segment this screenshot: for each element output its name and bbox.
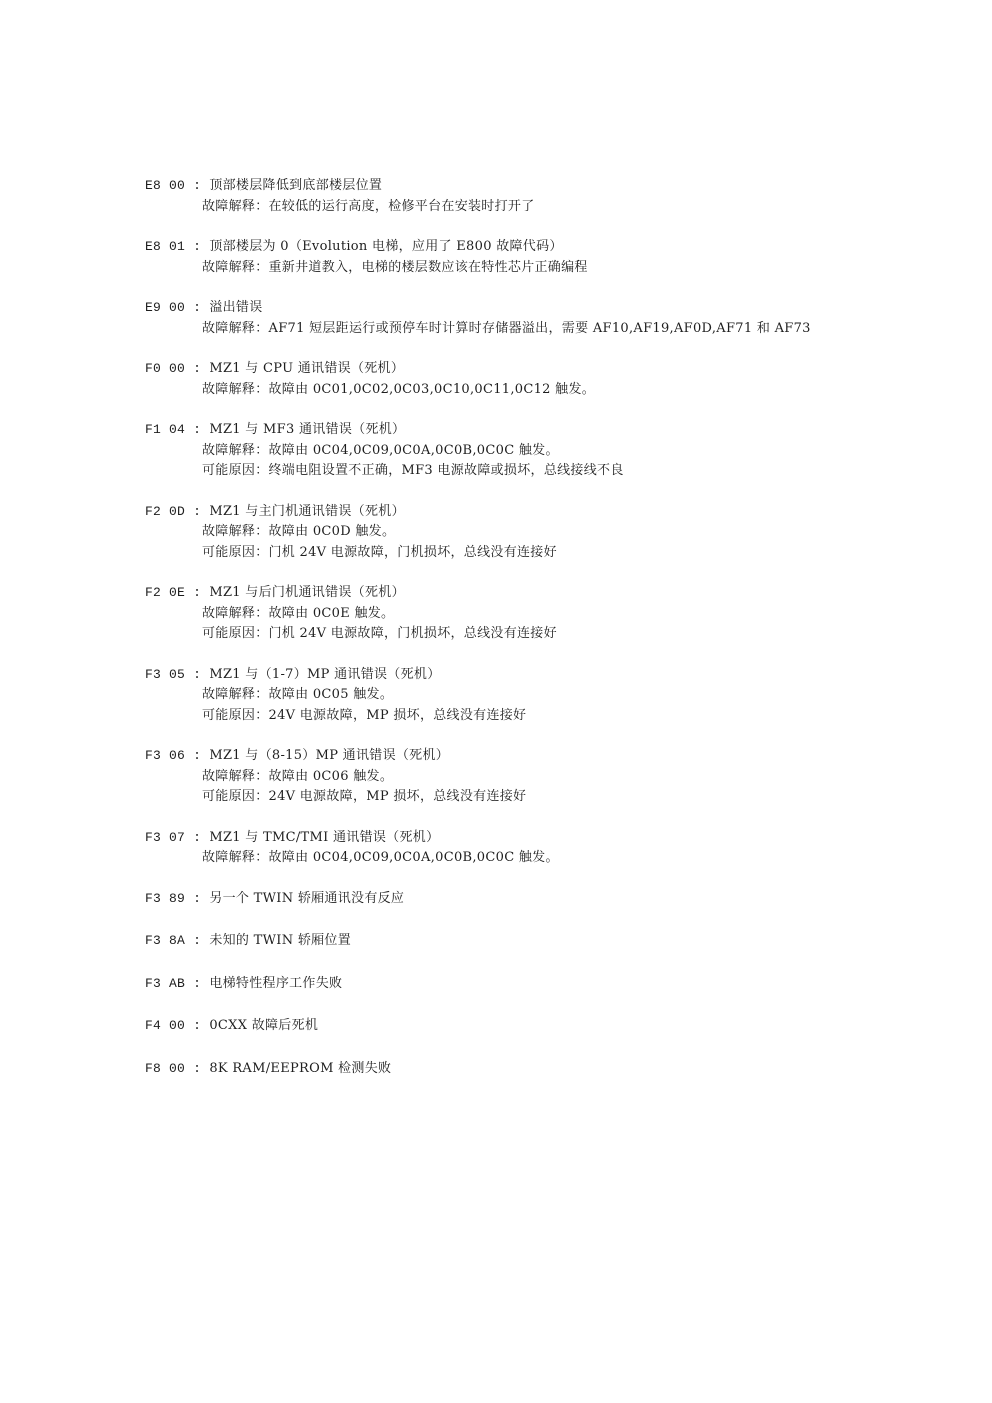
fault-code: F3 89	[145, 891, 185, 906]
fault-explanation: 故障解释：故障由 0C0D 触发。	[145, 522, 905, 543]
separator: :	[185, 976, 209, 991]
separator: :	[185, 504, 209, 519]
possible-cause: 可能原因：门机 24V 电源故障，门机损坏，总线没有连接好	[145, 624, 905, 645]
separator: :	[185, 239, 209, 254]
separator: :	[185, 667, 209, 682]
fault-code: F3 AB	[145, 976, 185, 991]
fault-explanation: 故障解释：AF71 短层距运行或预停车时计算时存储器溢出，需要 AF10,AF1…	[145, 319, 905, 340]
entry-heading: E8 00 : 顶部楼层降低到底部楼层位置	[145, 176, 905, 197]
fault-entry-f20e: F2 0E : MZ1 与后门机通讯错误（死机） 故障解释：故障由 0C0E 触…	[145, 583, 905, 645]
fault-entry-f104: F1 04 : MZ1 与 MF3 通讯错误（死机） 故障解释：故障由 0C04…	[145, 420, 905, 482]
fault-title: 顶部楼层为 0（Evolution 电梯，应用了 E800 故障代码）	[209, 239, 562, 254]
fault-title: 顶部楼层降低到底部楼层位置	[209, 178, 382, 193]
fault-code: E9 00	[145, 300, 185, 315]
fault-entry-f800: F8 00 : 8K RAM/EEPROM 检测失败	[145, 1059, 905, 1080]
fault-entry-f306: F3 06 : MZ1 与（8-15）MP 通讯错误（死机） 故障解释：故障由 …	[145, 746, 905, 808]
separator: :	[185, 361, 209, 376]
fault-explanation: 故障解释：故障由 0C04,0C09,0C0A,0C0B,0C0C 触发。	[145, 441, 905, 462]
fault-explanation: 故障解释：在较低的运行高度，检修平台在安装时打开了	[145, 197, 905, 218]
separator: :	[185, 933, 209, 948]
entry-heading: F3 06 : MZ1 与（8-15）MP 通讯错误（死机）	[145, 746, 905, 767]
fault-code: F3 07	[145, 830, 185, 845]
fault-entry-f38a: F3 8A : 未知的 TWIN 轿厢位置	[145, 931, 905, 952]
fault-entry-f389: F3 89 : 另一个 TWIN 轿厢通讯没有反应	[145, 889, 905, 910]
entry-heading: F0 00 : MZ1 与 CPU 通讯错误（死机）	[145, 359, 905, 380]
fault-entry-f400: F4 00 : 0CXX 故障后死机	[145, 1016, 905, 1037]
entry-heading: F4 00 : 0CXX 故障后死机	[145, 1016, 905, 1037]
fault-entry-e900: E9 00 : 溢出错误 故障解释：AF71 短层距运行或预停车时计算时存储器溢…	[145, 298, 905, 339]
fault-entry-e800: E8 00 : 顶部楼层降低到底部楼层位置 故障解释：在较低的运行高度，检修平台…	[145, 176, 905, 217]
fault-title: MZ1 与后门机通讯错误（死机）	[209, 585, 405, 600]
entry-heading: F8 00 : 8K RAM/EEPROM 检测失败	[145, 1059, 905, 1080]
fault-explanation: 故障解释：重新井道教入，电梯的楼层数应该在特性芯片正确编程	[145, 258, 905, 279]
entry-heading: F1 04 : MZ1 与 MF3 通讯错误（死机）	[145, 420, 905, 441]
entry-heading: F3 07 : MZ1 与 TMC/TMI 通讯错误（死机）	[145, 828, 905, 849]
fault-code: F1 04	[145, 422, 185, 437]
entry-heading: E9 00 : 溢出错误	[145, 298, 905, 319]
fault-code: F0 00	[145, 361, 185, 376]
fault-title: MZ1 与 TMC/TMI 通讯错误（死机）	[209, 830, 439, 845]
entry-heading: F3 8A : 未知的 TWIN 轿厢位置	[145, 931, 905, 952]
separator: :	[185, 830, 209, 845]
fault-code: E8 01	[145, 239, 185, 254]
fault-code: F2 0E	[145, 585, 185, 600]
entry-heading: F3 AB : 电梯特性程序工作失败	[145, 974, 905, 995]
possible-cause: 可能原因：24V 电源故障，MP 损坏，总线没有连接好	[145, 787, 905, 808]
fault-entry-f3ab: F3 AB : 电梯特性程序工作失败	[145, 974, 905, 995]
fault-title: MZ1 与 CPU 通讯错误（死机）	[209, 361, 404, 376]
entry-heading: F3 05 : MZ1 与（1-7）MP 通讯错误（死机）	[145, 665, 905, 686]
fault-code: F3 05	[145, 667, 185, 682]
fault-explanation: 故障解释：故障由 0C04,0C09,0C0A,0C0B,0C0C 触发。	[145, 848, 905, 869]
separator: :	[185, 748, 209, 763]
fault-entry-e801: E8 01 : 顶部楼层为 0（Evolution 电梯，应用了 E800 故障…	[145, 237, 905, 278]
fault-code: F2 0D	[145, 504, 185, 519]
fault-entry-f20d: F2 0D : MZ1 与主门机通讯错误（死机） 故障解释：故障由 0C0D 触…	[145, 502, 905, 564]
fault-explanation: 故障解释：故障由 0C06 触发。	[145, 767, 905, 788]
separator: :	[185, 178, 209, 193]
fault-title: 未知的 TWIN 轿厢位置	[209, 933, 351, 948]
separator: :	[185, 1018, 209, 1033]
fault-title: 另一个 TWIN 轿厢通讯没有反应	[209, 891, 404, 906]
separator: :	[185, 891, 209, 906]
fault-title: MZ1 与（8-15）MP 通讯错误（死机）	[209, 748, 449, 763]
separator: :	[185, 585, 209, 600]
fault-title: 溢出错误	[209, 300, 262, 315]
fault-title: 8K RAM/EEPROM 检测失败	[209, 1061, 391, 1076]
fault-explanation: 故障解释：故障由 0C01,0C02,0C03,0C10,0C11,0C12 触…	[145, 380, 905, 401]
entry-heading: F3 89 : 另一个 TWIN 轿厢通讯没有反应	[145, 889, 905, 910]
entry-heading: F2 0E : MZ1 与后门机通讯错误（死机）	[145, 583, 905, 604]
possible-cause: 可能原因：24V 电源故障，MP 损坏，总线没有连接好	[145, 706, 905, 727]
fault-entry-f305: F3 05 : MZ1 与（1-7）MP 通讯错误（死机） 故障解释：故障由 0…	[145, 665, 905, 727]
fault-code-document: E8 00 : 顶部楼层降低到底部楼层位置 故障解释：在较低的运行高度，检修平台…	[145, 176, 905, 1101]
possible-cause: 可能原因：终端电阻设置不正确，MF3 电源故障或损坏，总线接线不良	[145, 461, 905, 482]
fault-code: F8 00	[145, 1061, 185, 1076]
fault-code: F4 00	[145, 1018, 185, 1033]
fault-title: MZ1 与主门机通讯错误（死机）	[209, 504, 405, 519]
fault-code: F3 8A	[145, 933, 185, 948]
separator: :	[185, 1061, 209, 1076]
fault-explanation: 故障解释：故障由 0C05 触发。	[145, 685, 905, 706]
fault-code: F3 06	[145, 748, 185, 763]
fault-title: 电梯特性程序工作失败	[209, 976, 342, 991]
fault-entry-f307: F3 07 : MZ1 与 TMC/TMI 通讯错误（死机） 故障解释：故障由 …	[145, 828, 905, 869]
separator: :	[185, 422, 209, 437]
separator: :	[185, 300, 209, 315]
entry-heading: E8 01 : 顶部楼层为 0（Evolution 电梯，应用了 E800 故障…	[145, 237, 905, 258]
fault-title: MZ1 与（1-7）MP 通讯错误（死机）	[209, 667, 440, 682]
fault-entry-f000: F0 00 : MZ1 与 CPU 通讯错误（死机） 故障解释：故障由 0C01…	[145, 359, 905, 400]
fault-title: MZ1 与 MF3 通讯错误（死机）	[209, 422, 405, 437]
fault-explanation: 故障解释：故障由 0C0E 触发。	[145, 604, 905, 625]
entry-heading: F2 0D : MZ1 与主门机通讯错误（死机）	[145, 502, 905, 523]
possible-cause: 可能原因：门机 24V 电源故障，门机损坏，总线没有连接好	[145, 543, 905, 564]
fault-title: 0CXX 故障后死机	[209, 1018, 318, 1033]
fault-code: E8 00	[145, 178, 185, 193]
